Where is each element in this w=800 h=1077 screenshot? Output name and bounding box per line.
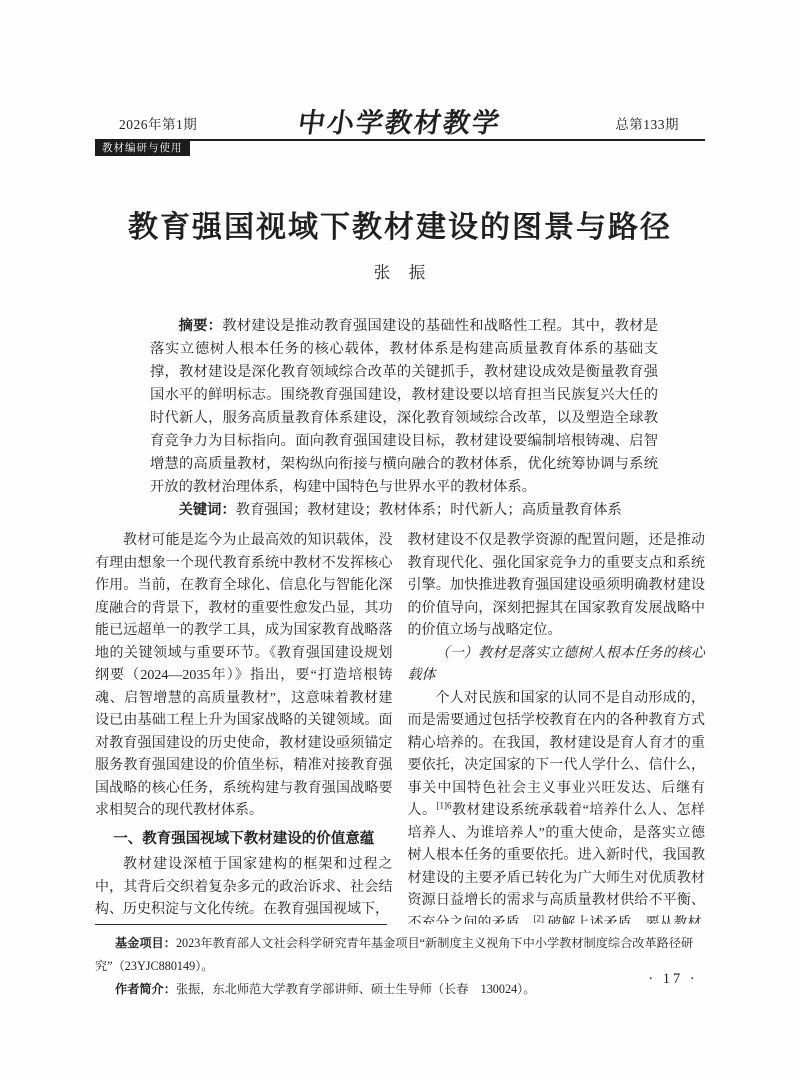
body-right-column: 教材建设不仅是教学资源的配置问题，还是推动教育现代化、强化国家竞争力的重要支点和… bbox=[408, 530, 706, 924]
bio-label: 作者简介： bbox=[115, 982, 176, 996]
keywords-label: 关键词： bbox=[179, 502, 236, 518]
right-paragraph-2-text: 个人对民族和国家的认同不是自动形成的，而是需要通过包括学校教育在内的各种教育方式… bbox=[408, 691, 706, 819]
bio-text: 张振，东北师范大学教育学部讲师、硕士生导师（长春 130024）。 bbox=[176, 982, 536, 996]
abstract-text: 教材建设是推动教育强国建设的基础性和战略性工程。其中，教材是落实立德树人根本任务… bbox=[150, 318, 658, 495]
abstract-paragraph: 摘要：教材建设是推动教育强国建设的基础性和战略性工程。其中，教材是落实立德树人根… bbox=[150, 315, 658, 499]
section-heading-1: 一、教育强国视域下教材建设的价值意蕴 bbox=[95, 828, 393, 851]
citation-ref-2: [2] bbox=[534, 913, 545, 923]
left-paragraph-1: 教材可能是迄今为止最高效的知识载体，没有理由想象一个现代教育系统中教材不发挥核心… bbox=[95, 530, 393, 823]
right-paragraph-2-text: 破解上述矛盾，要从教材 bbox=[544, 916, 702, 925]
citation-ref-1: [1]6 bbox=[437, 800, 452, 810]
left-paragraph-2: 教材建设深植于国家建构的框架和过程之中，其背后交织着复杂多元的政治诉求、社会结构… bbox=[95, 854, 393, 922]
issue-number-right: 总第133期 bbox=[615, 113, 679, 133]
column-tag: 教材编研与使用 bbox=[95, 141, 190, 156]
article-title: 教育强国视域下教材建设的图景与路径 bbox=[0, 202, 800, 246]
footnote-rule bbox=[95, 924, 387, 925]
page-number: · 17 · bbox=[608, 971, 738, 988]
abstract-label: 摘要： bbox=[179, 318, 223, 334]
footnote-block: 基金项目：2023年教育部人文社会科学研究青年基金项目“新制度主义视角下中小学教… bbox=[95, 932, 715, 1001]
abstract-block: 摘要：教材建设是推动教育强国建设的基础性和战略性工程。其中，教材是落实立德树人根… bbox=[150, 315, 658, 522]
fund-label: 基金项目： bbox=[115, 936, 176, 950]
keywords-line: 关键词：教育强国；教材建设；教材体系；时代新人；高质量教育体系 bbox=[150, 499, 658, 522]
sub-heading-1: （一）教材是落实立德树人根本任务的核心载体 bbox=[408, 643, 706, 688]
right-paragraph-2: 个人对民族和国家的认同不是自动形成的，而是需要通过包括学校教育在内的各种教育方式… bbox=[408, 688, 706, 925]
fund-text: 2023年教育部人文社会科学研究青年基金项目“新制度主义视角下中小学教材制度综合… bbox=[95, 936, 693, 973]
journal-header: 2026年第1期 中小学教材教学 总第133期 bbox=[95, 98, 705, 138]
right-paragraph-1: 教材建设不仅是教学资源的配置问题，还是推动教育现代化、强化国家竞争力的重要支点和… bbox=[408, 530, 706, 643]
journal-page: 2026年第1期 中小学教材教学 总第133期 教材编研与使用 教育强国视域下教… bbox=[0, 0, 800, 1077]
right-paragraph-2-text: 教材建设系统承载着“培养什么人、怎样培养人、为谁培养人”的重大使命，是落实立德树… bbox=[408, 803, 706, 924]
body-columns: 教材可能是迄今为止最高效的知识载体，没有理由想象一个现代教育系统中教材不发挥核心… bbox=[95, 530, 705, 924]
body-left-column: 教材可能是迄今为止最高效的知识载体，没有理由想象一个现代教育系统中教材不发挥核心… bbox=[95, 530, 393, 924]
keywords-text: 教育强国；教材建设；教材体系；时代新人；高质量教育体系 bbox=[236, 502, 622, 518]
article-author: 张 振 bbox=[0, 259, 800, 283]
